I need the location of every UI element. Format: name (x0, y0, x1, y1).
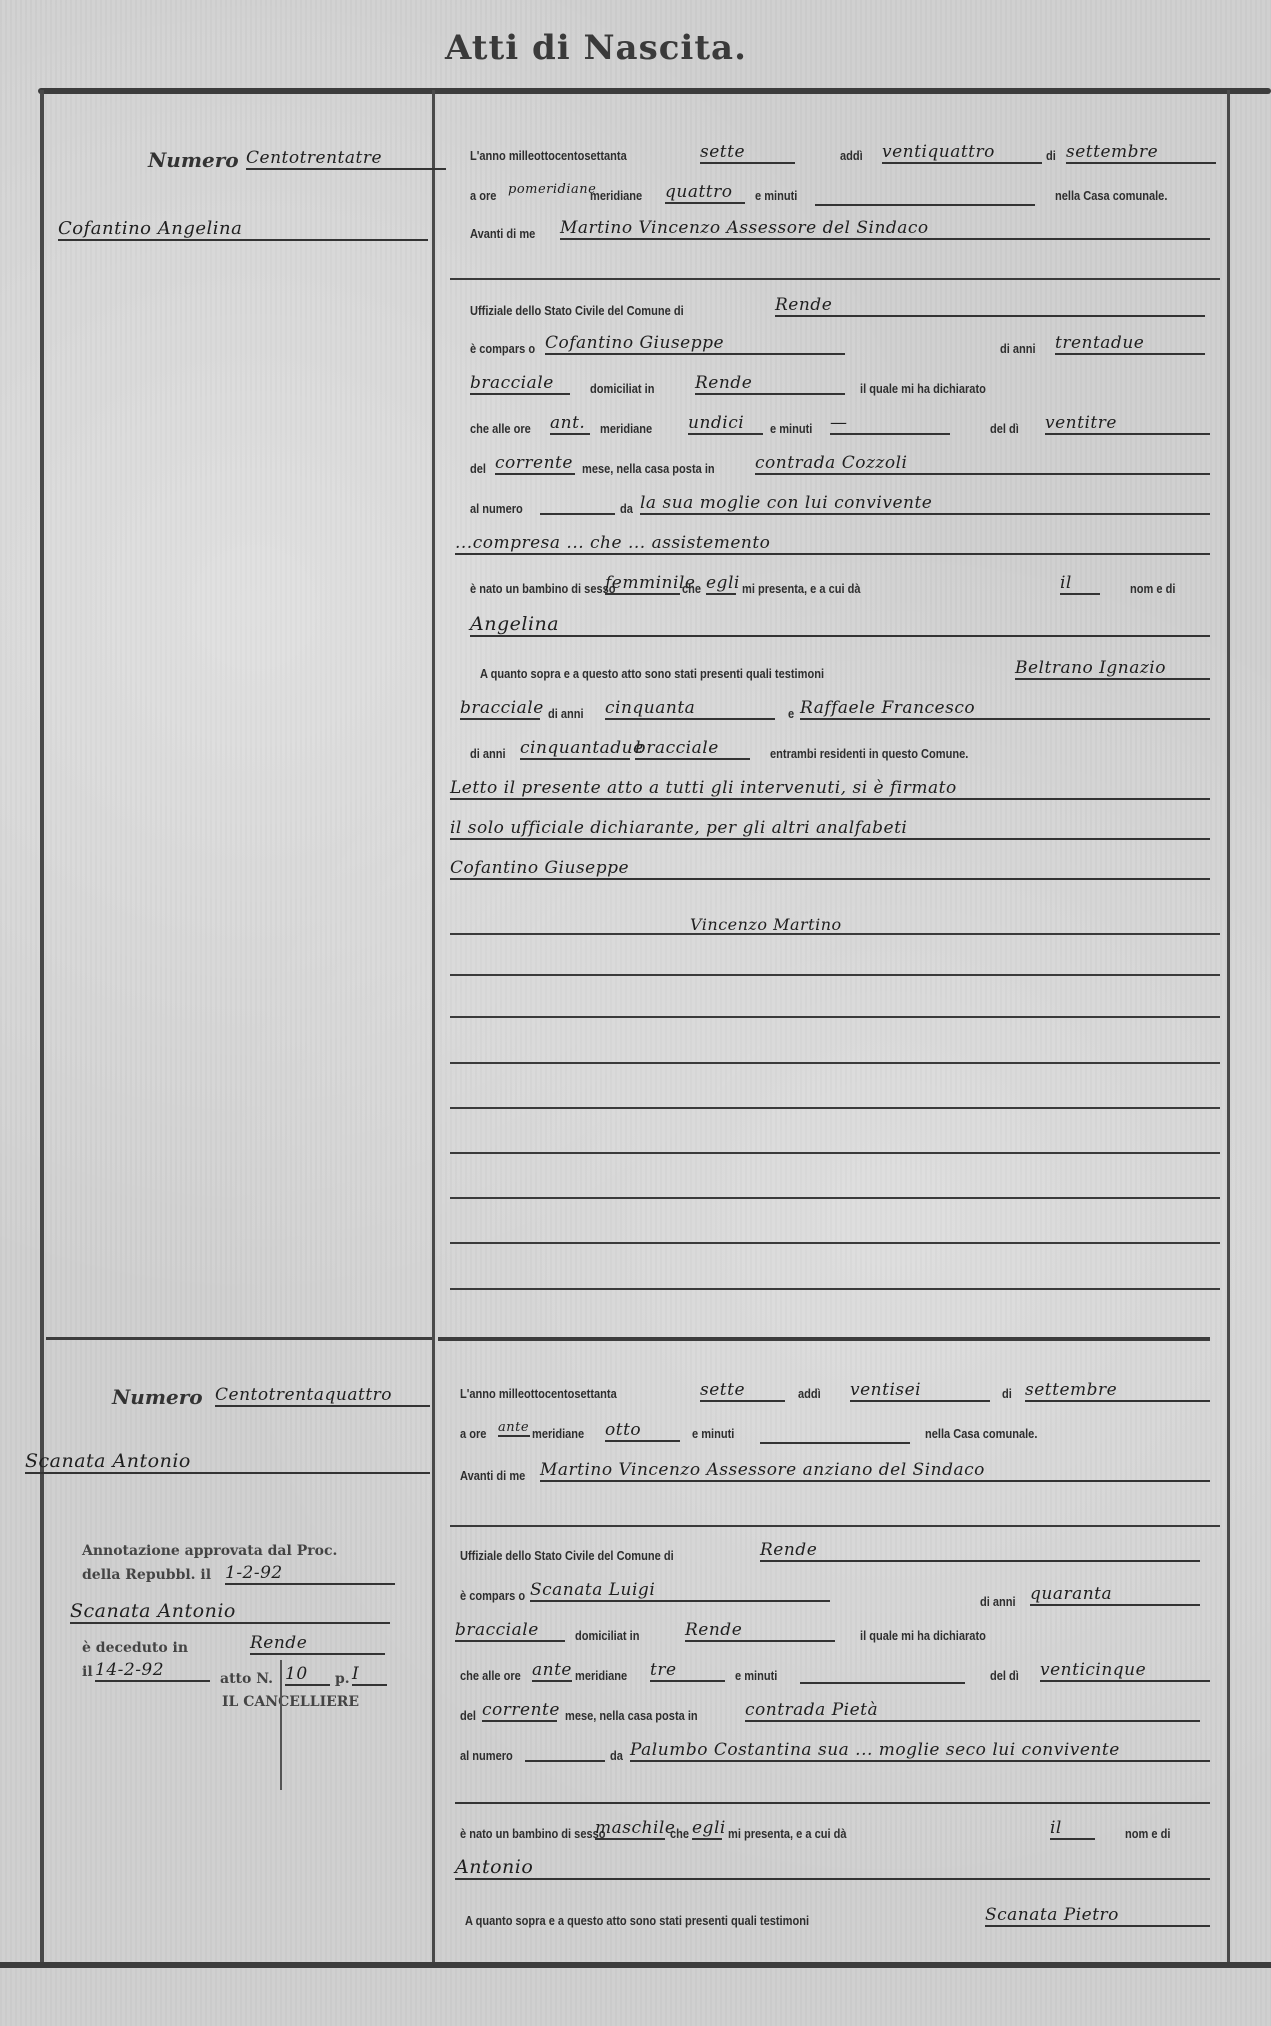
frame-left-rule (40, 90, 44, 1965)
act2-line-year: L'anno milleottocentosettanta sette addì… (470, 1380, 1230, 1410)
act1-margin-name: Cofantino Angelina (58, 218, 428, 241)
act1-rule (450, 278, 1220, 280)
blank-rule (450, 1288, 1220, 1290)
act1-closing-2: il solo ufficiale dichiarante, per gli a… (470, 818, 1230, 848)
blank-rule (450, 1152, 1220, 1154)
act1-line-birth-time: che alle ore ant. meridiane undici e min… (470, 413, 1230, 443)
blank-rule (450, 1242, 1220, 1244)
blank-rule (450, 974, 1220, 976)
blank-rule (450, 1197, 1220, 1199)
act1-closing-3: Cofantino Giuseppe (470, 858, 1230, 888)
act1-line-year: L'anno milleottocentosettanta sette addì… (470, 142, 1230, 172)
act2-line-mother-cont (470, 1780, 1230, 1810)
act1-line-mother-cont: ...compresa ... che ... assistemento (470, 533, 1230, 563)
blank-rule (450, 1016, 1220, 1018)
act1-signature: Vincenzo Martino (690, 915, 842, 934)
act2-line-domicile: bracciale domiciliat in Rende il quale m… (470, 1620, 1230, 1650)
act2-line-officer: Avanti di me Martino Vincenzo Assessore … (470, 1460, 1230, 1490)
act2-line-witnesses: A quanto sopra e a questo atto sono stat… (470, 1905, 1230, 1935)
document-title: Atti di Nascita. (445, 28, 747, 68)
act2-line-birth-time: che alle ore ante meridiane tre e minuti… (470, 1660, 1230, 1690)
act1-line-comune: Uffiziale dello Stato Civile del Comune … (470, 295, 1230, 325)
act-separator-left (46, 1337, 432, 1340)
act2-line-sex: è nato un bambino di sesso maschile che … (470, 1818, 1230, 1848)
act2-line-comune: Uffiziale dello Stato Civile del Comune … (470, 1540, 1230, 1570)
act2-line-mother: al numero da Palumbo Costantina sua ... … (470, 1740, 1230, 1770)
act1-line-witnesses: A quanto sopra e a questo atto sono stat… (470, 658, 1230, 688)
column-divider (432, 90, 435, 1965)
act2-numero-value: Centotrentaquattro (215, 1385, 430, 1407)
act2-line-place: del corrente mese, nella casa posta in c… (470, 1700, 1230, 1730)
act1-line-child-name: Angelina (470, 613, 1230, 643)
act1-line-mother: al numero da la sua moglie con lui convi… (470, 493, 1230, 523)
act2-line-time: a ore ante meridiane otto e minuti nella… (470, 1420, 1230, 1450)
act-separator-right (438, 1337, 1210, 1341)
act1-line-witness2: di anni cinquantadue bracciale entrambi … (470, 738, 1230, 768)
frame-top-rule (38, 88, 1271, 94)
act2-line-declarant: è compars o Scanata Luigi di anni quaran… (470, 1580, 1230, 1610)
act1-numero-value: Centotrentatre (246, 148, 446, 170)
act1-line-declarant: è compars o Cofantino Giuseppe di anni t… (470, 333, 1230, 363)
act1-line-witness1: bracciale di anni cinquanta e Raffaele F… (470, 698, 1230, 728)
frame-bottom-rule (0, 1962, 1271, 1968)
stamp-stroke (280, 1660, 282, 1790)
blank-rule (450, 1107, 1220, 1109)
act1-line-time: a ore pomeridiane meridiane quattro e mi… (470, 182, 1230, 212)
act2-rule (450, 1525, 1220, 1527)
act1-line-place: del corrente mese, nella casa posta in c… (470, 453, 1230, 483)
act1-line-sex: è nato un bambino di sesso femminile che… (470, 573, 1230, 603)
act1-closing-1: Letto il presente atto a tutti gli inter… (470, 778, 1230, 808)
act2-margin-name: Scanata Antonio (25, 1450, 430, 1474)
blank-rule (450, 1062, 1220, 1064)
act1-line-officer: Avanti di me Martino Vincenzo Assessore … (470, 218, 1230, 248)
act1-line-domicile: bracciale domiciliat in Rende il quale m… (470, 373, 1230, 403)
blank-rule (450, 933, 1220, 935)
act1-numero-label: Numero (148, 148, 239, 172)
act2-numero-label: Numero (112, 1385, 203, 1409)
act2-line-child-name: Antonio (470, 1856, 1230, 1886)
